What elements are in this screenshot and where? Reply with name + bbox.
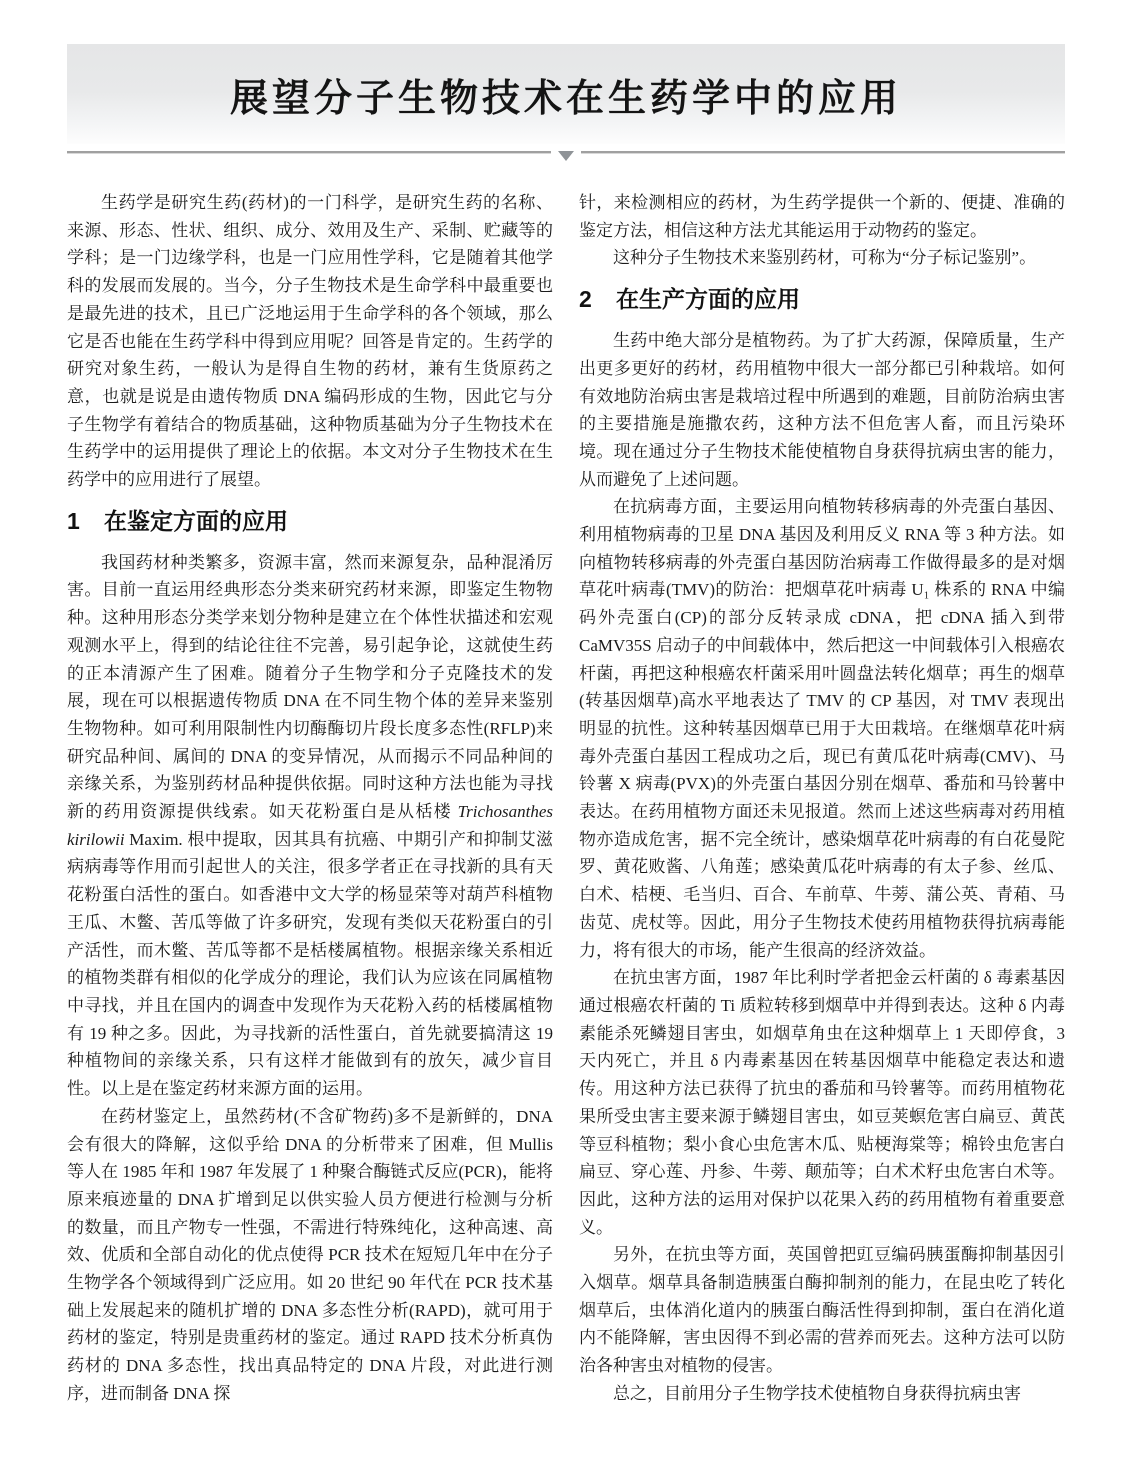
triangle-down-icon [558, 151, 574, 161]
intro-paragraph: 生药学是研究生药(药材)的一门科学，是研究生药的名称、来源、形态、性状、组织、成… [67, 189, 553, 494]
text-run: Maxim. 根中提取，因其具有抗癌、中期引产和抑制艾滋病病毒等作用而引起世人的… [67, 830, 553, 1098]
paper-page: 展望分子生物技术在生药学中的应用 生药学是研究生药(药材)的一门科学，是研究生药… [0, 0, 1134, 1478]
section-number: 2 [579, 286, 592, 313]
paragraph-trypsin-inhibitor: 另外，在抗虫等方面，英国曾把豇豆编码胰蛋酶抑制基因引入烟草。烟草具备制造胰蛋白酶… [579, 1241, 1065, 1380]
section-title: 在鉴定方面的应用 [104, 503, 288, 536]
separator-line-left [67, 151, 551, 154]
section-heading-2: 2 在生产方面的应用 [579, 281, 1065, 314]
paragraph-identification-2: 在药材鉴定上，虽然药材(不含矿物药)多不是新鲜的，DNA 会有很大的降解，这似乎… [67, 1103, 553, 1408]
section-number: 1 [67, 508, 80, 535]
article-body: 生药学是研究生药(药材)的一门科学，是研究生药的名称、来源、形态、性状、组织、成… [67, 189, 1065, 1408]
section-heading-1: 1 在鉴定方面的应用 [67, 503, 553, 536]
column-right: 针，来检测相应的药材，为生药学提供一个新的、便捷、准确的鉴定方法，相信这种方法尤… [579, 189, 1065, 1408]
text-run: 我国药材种类繁多，资源丰富，然而来源复杂，品种混淆厉害。目前一直运用经典形态分类… [67, 553, 553, 821]
paragraph-antivirus: 在抗病毒方面，主要运用向植物转移病毒的外壳蛋白基因、利用植物病毒的卫星 DNA … [579, 493, 1065, 964]
separator-line-right [581, 151, 1065, 154]
paragraph-summary: 总之，目前用分子生物学技术使植物自身获得抗病虫害 [579, 1380, 1065, 1408]
section-title: 在生产方面的应用 [616, 281, 800, 314]
title-banner: 展望分子生物技术在生药学中的应用 [67, 44, 1065, 144]
paragraph-antipest: 在抗虫害方面，1987 年比利时学者把金云杆菌的 δ 毒素基因通过根癌农杆菌的 … [579, 964, 1065, 1241]
paragraph-molecular-marker: 这种分子生物技术来鉴别药材，可称为“分子标记鉴别”。 [579, 244, 1065, 272]
title-separator [67, 151, 1065, 161]
paragraph-identification-2-continued: 针，来检测相应的药材，为生药学提供一个新的、便捷、准确的鉴定方法，相信这种方法尤… [579, 189, 1065, 244]
paragraph-identification-1: 我国药材种类繁多，资源丰富，然而来源复杂，品种混淆厉害。目前一直运用经典形态分类… [67, 549, 553, 1103]
column-left: 生药学是研究生药(药材)的一门科学，是研究生药的名称、来源、形态、性状、组织、成… [67, 189, 553, 1408]
page-title: 展望分子生物技术在生药学中的应用 [230, 67, 902, 122]
paragraph-production-1: 生药中绝大部分是植物药。为了扩大药源，保障质量，生产出更多更好的药材，药用植物中… [579, 327, 1065, 493]
